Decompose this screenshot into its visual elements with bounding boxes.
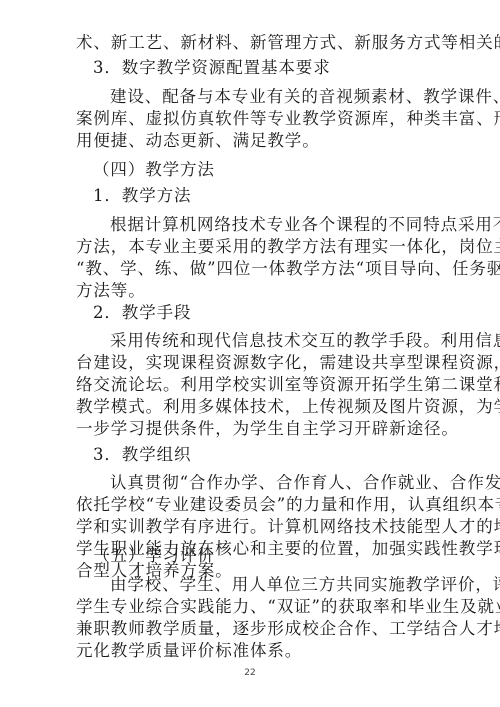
body-line: 认真贯彻“合作办学、合作育人、合作就业、合作发展”的理念， [110,472,460,494]
body-line: 用便捷、动态更新、满足教学。 [76,130,426,152]
subheading-teaching-means: 2．教学手段 [93,302,443,324]
body-line: 根据计算机网络技术专业各个课程的不同特点采用不同的教学 [110,214,460,236]
body-line: 方法等。 [76,280,426,302]
body-line: 采用传统和现代信息技术交互的教学手段。利用信息网络教学平 [110,330,460,352]
body-line: 学生专业综合实践能力、“双证”的获取率和毕业生及就业质量，专 [76,596,426,618]
body-line: 教学模式。利用多媒体技术，上传视频及图片资源，为学生自学与进 [76,396,426,418]
subheading-teaching-organization: 3．教学组织 [93,444,443,466]
subheading-digital-resources: 3．数字教学资源配置基本要求 [93,57,443,79]
body-line: 一步学习提供条件，为学生自主学习开辟新途径。 [76,418,426,440]
subheading-teaching-methods: 1．教学方法 [93,185,443,207]
body-line: 由学校、学生、用人单位三方共同实施教学评价，评价内容包括 [110,574,460,596]
section-heading-teaching-methods: （四）教学方法 [93,159,443,181]
section-heading-learning-evaluation: （五）学习评价 [93,545,443,567]
body-line: 建设、配备与本专业有关的音视频素材、教学课件、数字化教学 [110,86,460,108]
body-line: 术、新工艺、新材料、新管理方式、新服务方式等相关的图书文献。 [76,32,426,54]
body-line: 案例库、虚拟仿真软件等专业教学资源库，种类丰富、形式多样、使 [76,108,426,130]
body-line: 学和实训教学有序进行。计算机网络技术技能型人才的培养要把提高 [76,516,426,538]
document-page: 术、新工艺、新材料、新管理方式、新服务方式等相关的图书文献。 3．数字教学资源配… [0,0,500,707]
body-line: 元化教学质量评价标准体系。 [76,640,426,662]
body-line: 络交流论坛。利用学校实训室等资源开拓学生第二课堂和兴趣小组等 [76,374,426,396]
body-line: “教、学、练、做”四位一体教学方法“项目导向、任务驱动”教学 [76,258,426,280]
body-line: 兼职教师教学质量，逐步形成校企合作、工学结合人才培养模式下多 [76,618,426,640]
page-number: 22 [0,668,500,678]
body-line: 依托学校“专业建设委员会”的力量和作用，认真组织本专业理论教 [76,494,426,516]
body-line: 方法，本专业主要采用的教学方法有理实一体化，岗位主导式教学法、 [76,236,426,258]
body-line: 台建设，实现课程资源数字化，需建设共享型课程资源，开设师生网 [76,352,426,374]
